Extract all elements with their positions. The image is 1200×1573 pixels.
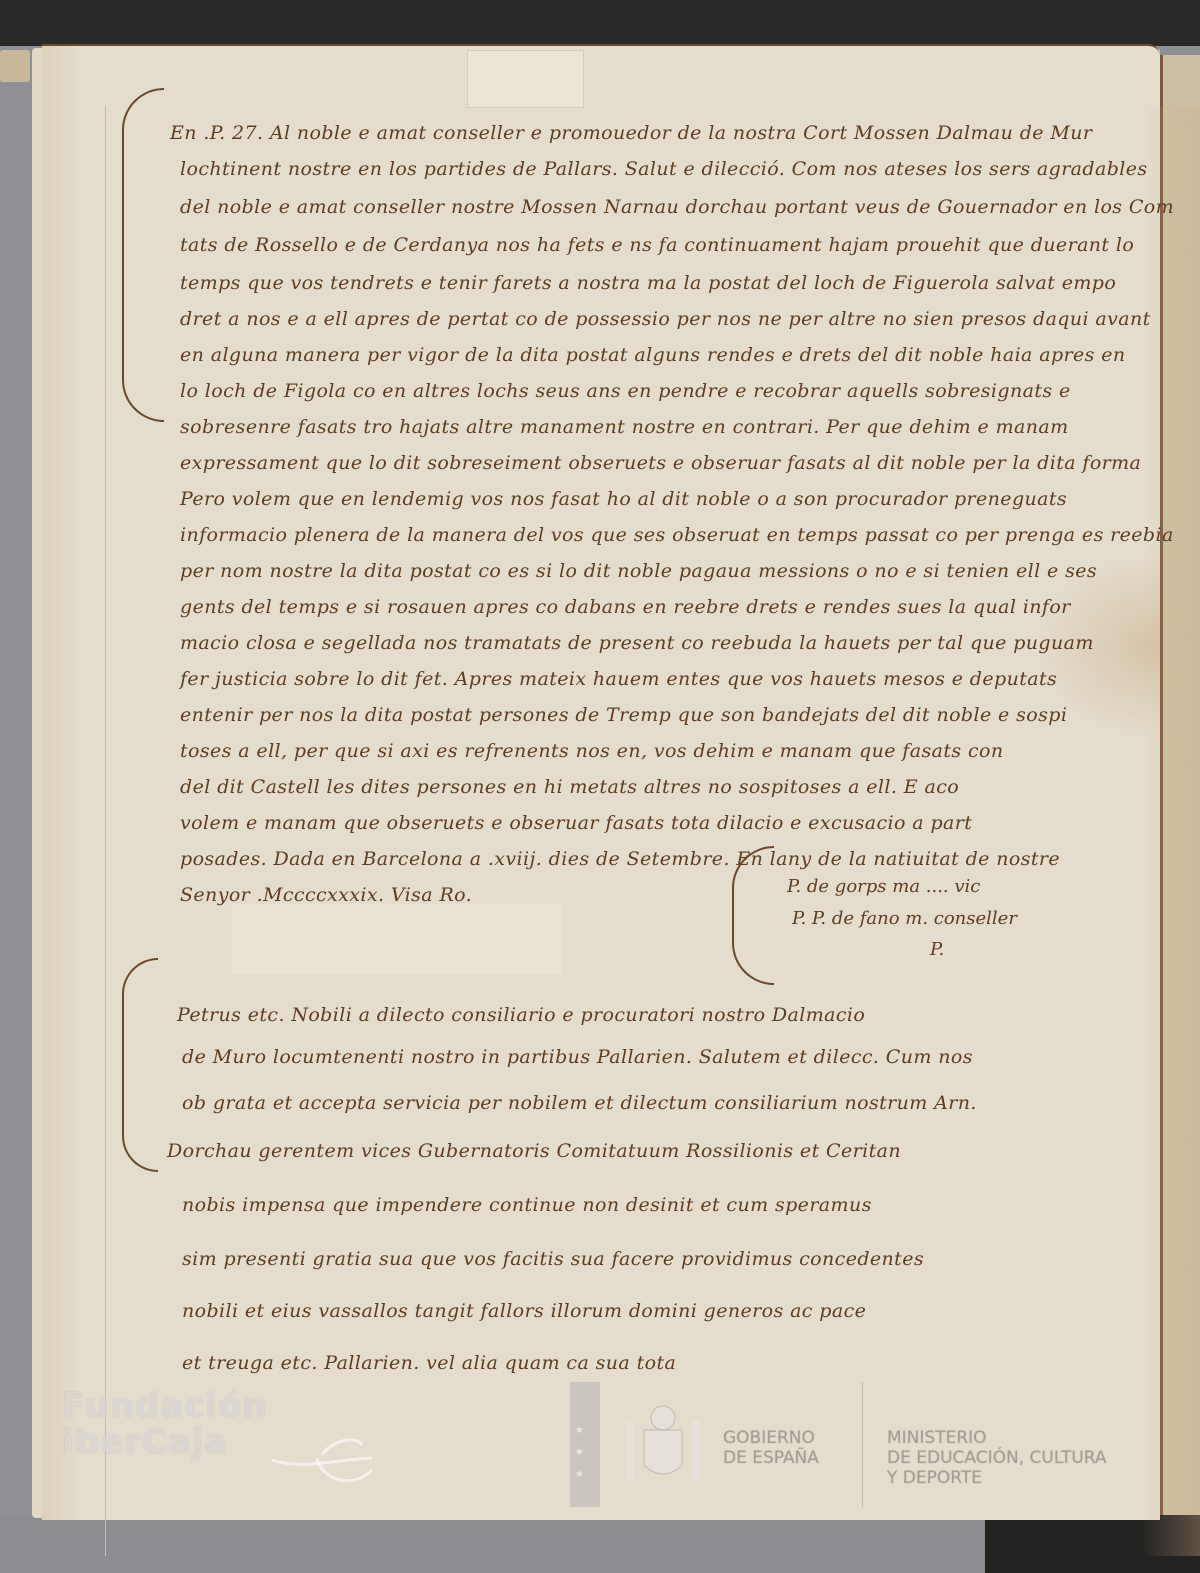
text-line: sobresenre fasats tro hajats altre manam… bbox=[180, 416, 1069, 438]
watermark-text: Y DEPORTE bbox=[887, 1468, 1107, 1488]
text-line: et treuga etc. Pallarien. vel alia quam … bbox=[182, 1352, 676, 1374]
text-line: sim presenti gratia sua que vos facitis … bbox=[182, 1248, 924, 1270]
text-line: expressament que lo dit sobreseiment obs… bbox=[180, 452, 1141, 474]
spain-coat-of-arms-icon bbox=[622, 1400, 704, 1490]
ibercaja-logo-icon bbox=[262, 1430, 392, 1500]
paper-repair-patch bbox=[232, 904, 562, 974]
signature-line: P. P. de fano m. conseller bbox=[792, 908, 1017, 929]
page-fold-line bbox=[105, 106, 106, 1556]
text-line: fer justicia sobre lo dit fet. Apres mat… bbox=[180, 668, 1057, 690]
watermark-text: DE ESPAÑA bbox=[723, 1448, 819, 1468]
watermark-text: GOBIERNO bbox=[723, 1428, 819, 1448]
watermark-text: iberCaja bbox=[62, 1424, 268, 1460]
gobierno-de-espana-watermark: GOBIERNO DE ESPAÑA bbox=[723, 1428, 819, 1468]
text-line: volem e manam que obseruets e obseruar f… bbox=[180, 812, 972, 834]
watermark-text: Fundación bbox=[62, 1388, 268, 1424]
text-line: nobili et eius vassallos tangit fallors … bbox=[182, 1300, 866, 1322]
text-line: ob grata et accepta servicia per nobilem… bbox=[182, 1092, 977, 1114]
text-line: macio closa e segellada nos tramatats de… bbox=[180, 632, 1094, 654]
ministerio-watermark: MINISTERIO DE EDUCACIÓN, CULTURA Y DEPOR… bbox=[887, 1428, 1107, 1488]
text-line: Dorchau gerentem vices Gubernatoris Comi… bbox=[167, 1140, 901, 1162]
manuscript-page: En .P. 27. Al noble e amat conseller e p… bbox=[42, 44, 1160, 1520]
text-line: dret a nos e a ell apres de pertat co de… bbox=[180, 308, 1151, 330]
text-line: en alguna manera per vigor de la dita po… bbox=[180, 344, 1126, 366]
paper-repair-patch bbox=[467, 50, 584, 108]
text-line: tats de Rossello e de Cerdanya nos ha fe… bbox=[180, 234, 1134, 256]
text-line: Senyor .Mccccxxxix. Visa Ro. bbox=[180, 884, 472, 906]
text-line: lo loch de Figola co en altres lochs seu… bbox=[180, 380, 1071, 402]
signature-mark: P. bbox=[930, 939, 944, 960]
signature-line: P. de gorps ma .... vic bbox=[787, 876, 980, 897]
water-stain bbox=[1142, 106, 1200, 1556]
text-line: del noble e amat conseller nostre Mossen… bbox=[180, 196, 1174, 218]
signature-bracket bbox=[732, 846, 774, 985]
text-line: del dit Castell les dites persones en hi… bbox=[180, 776, 959, 798]
paragraph-bracket bbox=[122, 88, 164, 422]
paragraph-bracket bbox=[122, 958, 158, 1172]
eu-stars-icon: ★★★ bbox=[575, 1420, 584, 1486]
text-line: En .P. 27. Al noble e amat conseller e p… bbox=[170, 122, 1092, 144]
text-line: de Muro locumtenenti nostro in partibus … bbox=[182, 1046, 973, 1068]
text-line: entenir per nos la dita postat persones … bbox=[180, 704, 1067, 726]
binding-thread bbox=[0, 50, 30, 82]
watermark-text: MINISTERIO bbox=[887, 1428, 1107, 1448]
text-line: gents del temps e si rosauen apres co da… bbox=[180, 596, 1071, 618]
text-line: lochtinent nostre en los partides de Pal… bbox=[180, 158, 1148, 180]
watermark-divider bbox=[862, 1382, 863, 1507]
scanner-top-background bbox=[0, 0, 1200, 46]
scanner-left-background bbox=[0, 46, 32, 1516]
text-line: posades. Dada en Barcelona a .xviij. die… bbox=[180, 848, 1060, 870]
fundacion-ibercaja-watermark: Fundación iberCaja bbox=[62, 1388, 268, 1460]
text-line: per nom nostre la dita postat co es si l… bbox=[180, 560, 1097, 582]
text-line: toses a ell, per que si axi es refrenent… bbox=[180, 740, 1003, 762]
text-line: informacio plenera de la manera del vos … bbox=[180, 524, 1174, 546]
text-line: Petrus etc. Nobili a dilecto consiliario… bbox=[177, 1004, 865, 1026]
watermark-text: DE EDUCACIÓN, CULTURA bbox=[887, 1448, 1107, 1468]
text-line: Pero volem que en lendemig vos nos fasat… bbox=[180, 488, 1067, 510]
text-line: temps que vos tendrets e tenir farets a … bbox=[180, 272, 1116, 294]
text-line: nobis impensa que impendere continue non… bbox=[182, 1194, 872, 1216]
